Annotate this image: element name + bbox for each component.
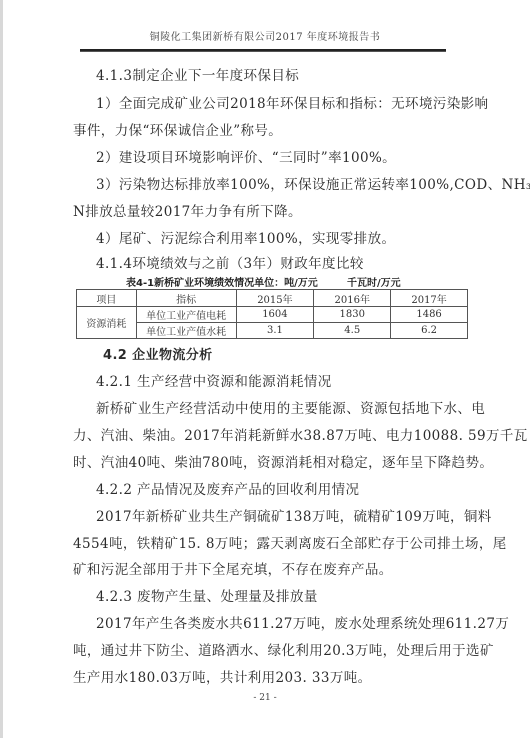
value-cell: 6.2 <box>391 323 468 339</box>
s422-line-1: 2017年新桥矿业共生产铜硫矿138万吨，硫精矿109万吨，铜料 <box>96 505 491 525</box>
table-row: 资源消耗 单位工业产值电耗 1604 1830 1486 <box>77 307 468 323</box>
s421-line-2: 力、汽油、柴油。2017年消耗新鲜水38.87万吨、电力10088. 59万千瓦 <box>73 424 468 444</box>
goal-4: 4）尾矿、污泥综合利用率100%，实现零排放。 <box>96 227 491 247</box>
s422-line-3: 矿和污泥全部用于井下全尾充填，不存在废弃产品。 <box>73 558 468 578</box>
s423-line-3: 生产用水180.03万吨，共计利用203. 33万吨。 <box>73 666 468 686</box>
header-item: 项目 <box>77 290 137 307</box>
goal-3-line-1: 3）污染物达标排放率100%，环保设施正常运转率100%,COD、NH₃- <box>96 173 491 193</box>
page-number: - 21 - <box>0 693 530 703</box>
table-header-row: 项目 指标 2015年 2016年 2017年 <box>77 290 468 307</box>
environmental-performance-table: 项目 指标 2015年 2016年 2017年 资源消耗 单位工业产值电耗 16… <box>76 289 468 339</box>
value-cell: 1604 <box>236 307 314 323</box>
indicator-cell: 单位工业产值电耗 <box>136 307 236 323</box>
header-2016: 2016年 <box>314 290 391 307</box>
running-header: 铜陵化工集团新桥有限公司2017 年度环境报告书 <box>0 28 530 43</box>
s423-line-2: 吨，通过井下防尘、道路洒水、绿化利用20.3万吨，处理后用于选矿 <box>73 639 468 659</box>
indicator-cell: 单位工业产值水耗 <box>136 323 236 339</box>
header-rule <box>80 49 446 52</box>
goal-3-line-2: N排放总量较2017年力争有所下降。 <box>73 200 468 220</box>
value-cell: 1486 <box>391 307 468 323</box>
s422-line-2: 4554吨，铁精矿15. 8万吨；露天剥离废石全部贮存于公司排土场，尾 <box>73 532 468 552</box>
section-4-1-4-title: 4.1.4环境绩效与之前（3年）财政年度比较 <box>96 252 491 272</box>
section-4-2-1-title: 4.2.1 生产经营中资源和能源消耗情况 <box>96 370 491 390</box>
goal-1-line-1: 1）全面完成矿业公司2018年环保目标和指标：无环境污染影响 <box>96 92 491 112</box>
section-4-2-title: 4.2 企业物流分析 <box>103 344 498 363</box>
header-2017: 2017年 <box>391 290 468 307</box>
value-cell: 3.1 <box>236 323 314 339</box>
s421-line-1: 新桥矿业生产经营活动中使用的主要能源、资源包括地下水、电 <box>96 397 491 417</box>
section-4-2-2-title: 4.2.2 产品情况及废弃产品的回收利用情况 <box>96 478 491 498</box>
goal-1-line-2: 事件，力保“环保诚信企业”称号。 <box>73 119 468 139</box>
section-4-2-3-title: 4.2.3 废物产生量、处理量及排放量 <box>96 585 491 605</box>
header-indicator: 指标 <box>136 290 236 307</box>
table-caption-left: 表4-1新桥矿业环境绩效情况单位：吨/万元 <box>126 274 318 289</box>
section-4-1-3-title: 4.1.3制定企业下一年度环保目标 <box>96 64 491 84</box>
s423-line-1: 2017年产生各类废水共611.27万吨，废水处理系统处理611.27万 <box>96 612 491 632</box>
value-cell: 4.5 <box>314 323 391 339</box>
page-edge <box>0 0 3 738</box>
s421-line-3: 时、汽油40吨、柴油780吨，资源消耗相对稳定，逐年呈下降趋势。 <box>73 451 468 471</box>
table-caption-right: 千瓦时/万元 <box>347 274 401 289</box>
header-2015: 2015年 <box>236 290 314 307</box>
value-cell: 1830 <box>314 307 391 323</box>
group-label: 资源消耗 <box>77 307 137 339</box>
goal-2: 2）建设项目环境影响评价、“三同时”率100%。 <box>96 146 491 166</box>
